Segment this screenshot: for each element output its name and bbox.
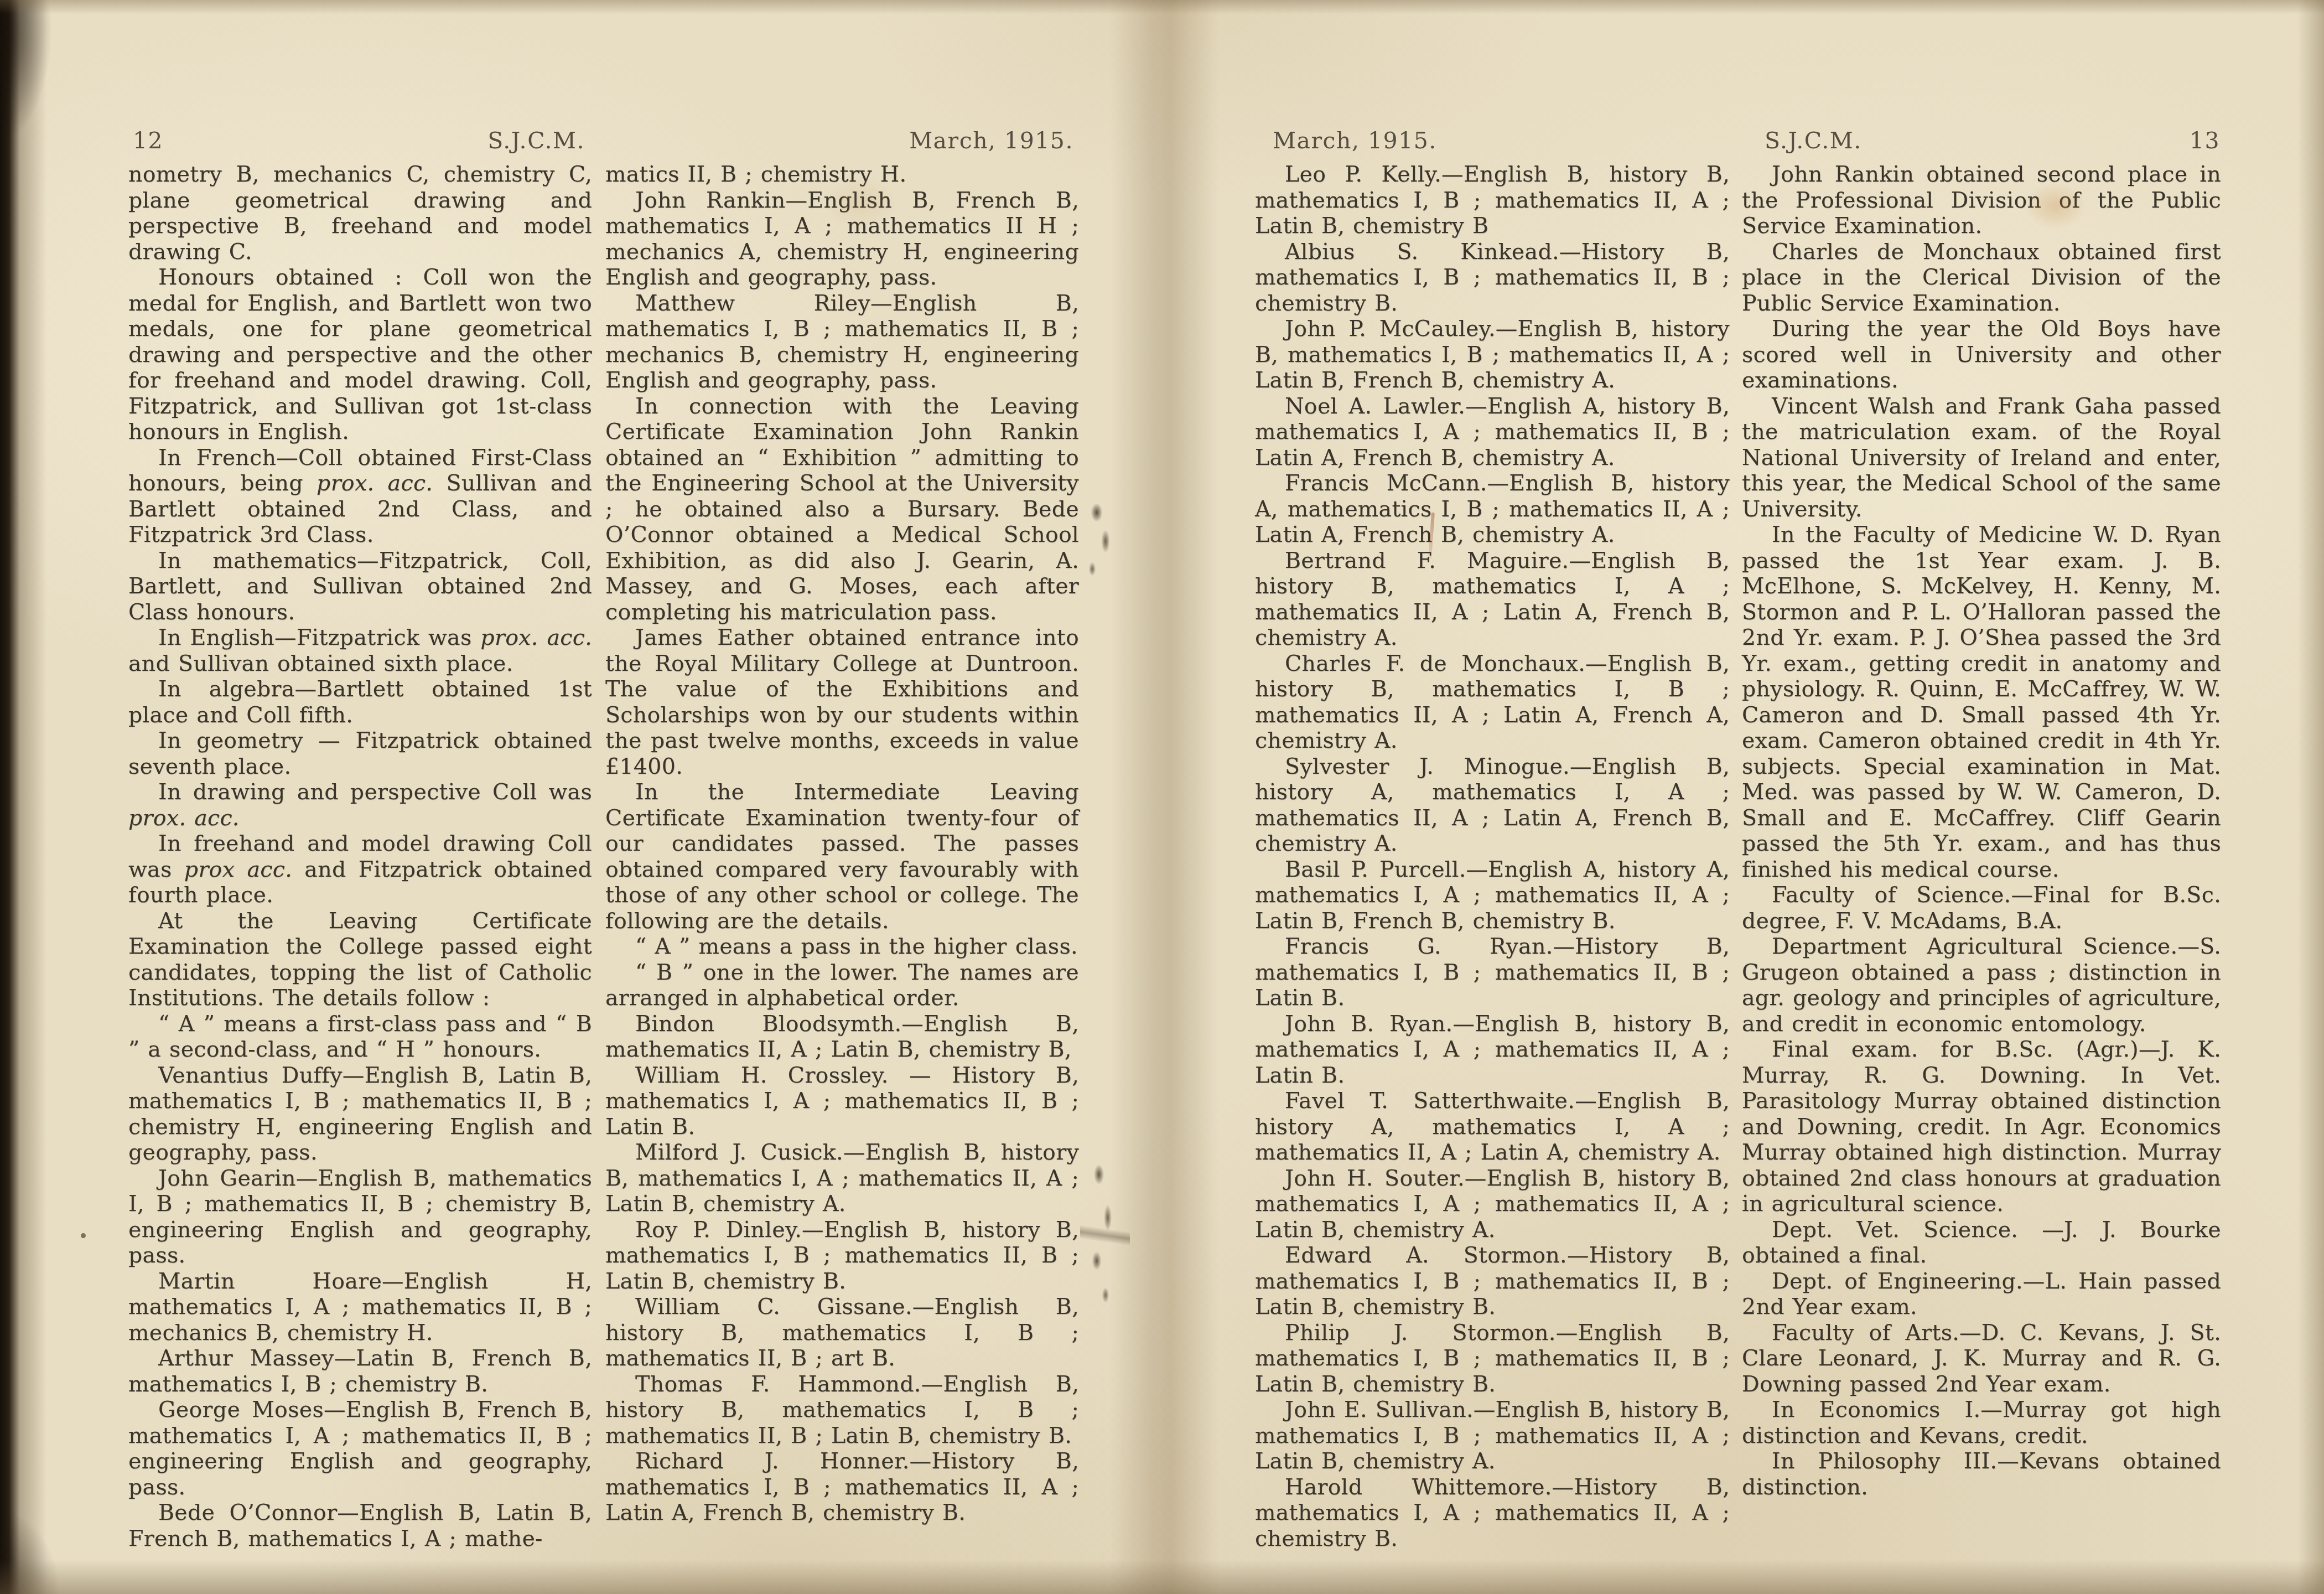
paragraph: Arthur Massey—Latin B, French B, mathema… (128, 1345, 592, 1397)
paragraph: William C. Gissane.—English B, history B… (605, 1294, 1079, 1372)
paragraph: “ A ” means a pass in the higher class. (605, 934, 1079, 960)
paragraph: nometry B, mechanics C, chemistry C, pla… (128, 162, 592, 265)
paragraph: “ B ” one in the lower. The names are ar… (605, 960, 1079, 1011)
shadow-corner-bottom-left (0, 1461, 94, 1594)
journal-title-right: S.J.C.M. (1765, 127, 1862, 154)
paragraph: John Gearin—English B, mathematics I, B … (128, 1166, 592, 1269)
left-page-header: 12 S.J.C.M. March, 1915. (133, 127, 1073, 154)
paragraph: Milford J. Cusick.—English B, history B,… (605, 1140, 1079, 1217)
paragraph: In drawing and perspective Coll was prox… (128, 779, 592, 831)
paragraph: Leo P. Kelly.—English B, history B, math… (1255, 162, 1730, 239)
paragraph: In freehand and model drawing Coll was p… (128, 831, 592, 908)
paragraph: James Eather obtained entrance into the … (605, 625, 1079, 779)
journal-title-left: S.J.C.M. (487, 127, 585, 154)
scan-edge-right (2297, 0, 2324, 1594)
paragraph: Dept. Vet. Science. —J. J. Bourke obtain… (1742, 1217, 2221, 1269)
paragraph: In the Faculty of Medicine W. D. Ryan pa… (1742, 522, 2221, 882)
paragraph: Harold Whittemore.—History B, mathematic… (1255, 1474, 1730, 1552)
paragraph: Bede O’Connor—English B, Latin B, French… (128, 1500, 592, 1551)
paragraph: matics II, B ; chemistry H. (605, 162, 1079, 188)
issue-date-left: March, 1915. (909, 127, 1073, 154)
paragraph: Charles F. de Monchaux.—English B, histo… (1255, 651, 1730, 754)
paragraph: John E. Sullivan.—English B, history B, … (1255, 1397, 1730, 1474)
paragraph: John Rankin—English B, French B, mathema… (605, 188, 1079, 291)
left-page-column-1: nometry B, mechanics C, chemistry C, pla… (128, 162, 592, 1551)
scan-edge-left (0, 0, 46, 1594)
paragraph: John H. Souter.—English B, history B, ma… (1255, 1166, 1730, 1243)
paragraph: Dept. of Engineering.—L. Hain passed 2nd… (1742, 1269, 2221, 1320)
paragraph: In mathematics—Fitzpatrick, Coll, Bartle… (128, 548, 592, 625)
paragraph: In the Intermediate Leaving Certificate … (605, 779, 1079, 934)
scan-edge-top (0, 0, 2324, 14)
paragraph: William H. Crossley. — History B, mathem… (605, 1063, 1079, 1140)
left-page-number: 12 (133, 127, 163, 154)
paragraph: Albius S. Kinkead.—History B, mathematic… (1255, 239, 1730, 317)
scan-edge-bottom (0, 1560, 2324, 1594)
left-page-column-2: matics II, B ; chemistry H.John Rankin—E… (605, 162, 1079, 1526)
paragraph: Bindon Bloodsymth.—English B, mathematic… (605, 1011, 1079, 1063)
paragraph: Noel A. Lawler.—English A, history B, ma… (1255, 394, 1730, 471)
paragraph: Roy P. Dinley.—English B, history B, mat… (605, 1217, 1079, 1295)
paragraph: Department Agricultural Science.—S. Grug… (1742, 934, 2221, 1037)
paragraph: In French—Coll obtained First-Class hono… (128, 445, 592, 548)
paragraph: Bertrand F. Maguire.—English B, history … (1255, 548, 1730, 651)
paragraph: At the Leaving Certificate Examination t… (128, 908, 592, 1011)
paragraph: Matthew Riley—English B, mathematics I, … (605, 291, 1079, 394)
scanned-journal-spread: 12 S.J.C.M. March, 1915. March, 1915. S.… (0, 0, 2324, 1594)
paragraph: Francis G. Ryan.—History B, mathematics … (1255, 934, 1730, 1011)
paragraph: Faculty of Arts.—D. C. Kevans, J. St. Cl… (1742, 1320, 2221, 1398)
paragraph: Final exam. for B.Sc. (Agr.)—J. K. Murra… (1742, 1037, 2221, 1217)
paragraph: In algebra—Bartlett obtained 1st place a… (128, 676, 592, 728)
paragraph: John P. McCauley.—English B, history B, … (1255, 316, 1730, 394)
binding-stitch-mark-upper (1079, 494, 1122, 587)
right-page-column-1: Leo P. Kelly.—English B, history B, math… (1255, 162, 1730, 1551)
paragraph: Favel T. Satterthwaite.—English B, histo… (1255, 1088, 1730, 1166)
right-page-number: 13 (2190, 127, 2220, 154)
paragraph: Sylvester J. Minogue.—English B, history… (1255, 754, 1730, 857)
paragraph: Philip J. Stormon.—English B, mathematic… (1255, 1320, 1730, 1398)
paragraph: John B. Ryan.—English B, history B, math… (1255, 1011, 1730, 1089)
paragraph: In geometry — Fitzpatrick obtained seven… (128, 728, 592, 779)
paragraph: In Economics I.—Murray got high distinct… (1742, 1397, 2221, 1448)
issue-date-right: March, 1915. (1273, 127, 1437, 154)
right-page-header: March, 1915. S.J.C.M. 13 (1273, 127, 2220, 154)
paragraph: During the year the Old Boys have scored… (1742, 316, 2221, 394)
paragraph: Martin Hoare—English H, mathematics I, A… (128, 1269, 592, 1346)
gutter-shadow (1110, 0, 1218, 1594)
torn-corner-top-left (0, 0, 77, 166)
ink-speck (81, 1233, 86, 1238)
paragraph: Faculty of Science.—Final for B.Sc. degr… (1742, 882, 2221, 934)
paragraph: Honours obtained : Coll won the medal fo… (128, 265, 592, 445)
paragraph: In Philosophy III.—Kevans obtained disti… (1742, 1448, 2221, 1500)
paragraph: Edward A. Stormon.—History B, mathematic… (1255, 1243, 1730, 1320)
paragraph: Thomas F. Hammond.—English B, history B,… (605, 1372, 1079, 1449)
paragraph: Charles de Monchaux obtained first place… (1742, 239, 2221, 317)
paragraph: Francis McCann.—English B, history A, ma… (1255, 470, 1730, 548)
paragraph: Venantius Duffy—English B, Latin B, math… (128, 1063, 592, 1166)
paragraph: “ A ” means a first-class pass and “ B ”… (128, 1011, 592, 1063)
paragraph: George Moses—English B, French B, mathem… (128, 1397, 592, 1500)
paragraph: In English—Fitzpatrick was prox. acc. an… (128, 625, 592, 676)
paragraph: In connection with the Leaving Certifica… (605, 394, 1079, 625)
paragraph: John Rankin obtained second place in the… (1742, 162, 2221, 239)
paragraph: Richard J. Honner.—History B, mathematic… (605, 1448, 1079, 1526)
right-page-column-2: John Rankin obtained second place in the… (1742, 162, 2221, 1500)
paragraph: Vincent Walsh and Frank Gaha passed the … (1742, 394, 2221, 522)
binding-stitch-mark-lower (1080, 1152, 1130, 1318)
paragraph: Basil P. Purcell.—English A, history A, … (1255, 857, 1730, 934)
